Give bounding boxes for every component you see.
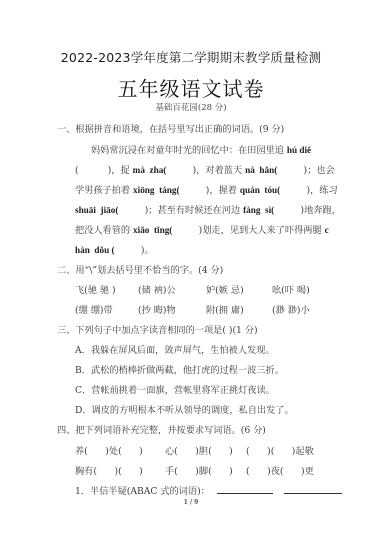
q4-item: 养( )处( ) xyxy=(75,443,143,457)
q4-item: ( )( )起敬 xyxy=(246,443,314,457)
q2-item: (储 衲)公 xyxy=(138,282,176,296)
q4-item: 手( )脚( ) xyxy=(165,463,233,477)
q1-line-5: 把没人看管的 xiǎo tǐng( )划走，见到大人来了吓得两腿 c xyxy=(75,222,329,236)
q1-pinyin: hàn dǒu ( xyxy=(75,245,115,255)
answer-blank-1[interactable] xyxy=(217,484,273,494)
q1-text: 把没人看管的 xyxy=(75,225,133,236)
q3-option-a: A．我躲在屏风后面，敛声屏气，生怕被人发现。 xyxy=(75,342,275,356)
q1-text: )，握着 xyxy=(180,185,240,196)
q2-item: 飞(驰 驰 ) xyxy=(75,282,116,296)
q1-text: )；甚至有时候还在河边 xyxy=(118,205,243,216)
q4-prompt: 四、把下列词语补充完整，并按要求写词语。(6 分) xyxy=(57,422,266,436)
q1-text: )，练习 xyxy=(280,185,337,196)
q1-line-6: hàn dǒu ( )。 xyxy=(75,242,154,256)
q2-item: 附(拥 庸) xyxy=(206,302,244,316)
q2-item: 妒(嫉 忌) xyxy=(206,282,244,296)
page-number: 1 / 9 xyxy=(0,499,382,506)
q1-text: )；也会 xyxy=(277,165,334,176)
q1-text: )地奔跑， xyxy=(274,205,341,216)
q2-item: (绷 绷)带 xyxy=(75,302,113,316)
q1-pinyin: xiōng táng( xyxy=(133,185,179,195)
q1-text: ( )，捉 xyxy=(75,165,133,176)
q1-line-1: 妈妈常沉浸在对童年时光的回忆中：在田园里追 hú diě xyxy=(91,142,311,156)
q1-pinyin: quán tóu( xyxy=(240,185,280,195)
q4-sub1: 1．半信半疑(ABAC 式的词语)： xyxy=(75,483,342,497)
q3-option-b: B．武松的梢棒折做两截，他打虎的过程一波三折。 xyxy=(75,362,284,376)
exam-title: 2022-2023学年度第二学期期末教学质量检测 xyxy=(0,48,382,66)
q2-item: 吆(吓 喝) xyxy=(272,282,310,296)
q1-pinyin: shuāi jiāo( xyxy=(75,205,118,215)
q1-text: 学男孩子拍着 xyxy=(75,185,133,196)
q1-pinyin: fàng sì( xyxy=(243,205,274,215)
q2-prompt: 二、用“\”划去括号里不恰当的字。(4 分) xyxy=(57,262,223,276)
section-title: 基础百花园(28 分) xyxy=(0,101,382,113)
q3-prompt: 三、下列句子中加点字读音相同的一项是( )(1 分) xyxy=(57,322,258,336)
q2-item: (渺 渺)小 xyxy=(272,302,310,316)
answer-blank-2[interactable] xyxy=(284,484,342,494)
q1-pinyin: hú diě xyxy=(287,145,311,155)
q3-option-c: C．营帐前挑着一面旗，营帐里将军正挑灯夜读。 xyxy=(75,382,275,396)
q1-text: )，对着蓝天 xyxy=(166,165,245,176)
q1-prompt: 一、根据拼音和语境，在括号里写出正确的词语。(9 分) xyxy=(57,121,284,135)
q1-line-4: shuāi jiāo( )；甚至有时候还在河边 fàng sì( )地奔跑， xyxy=(75,202,341,216)
paper-title: 五年级语文试卷 xyxy=(0,73,382,102)
q1-pinyin: nà hǎn( xyxy=(245,165,277,175)
q1-pinyin: c xyxy=(325,225,329,235)
q4-item: ( )夜( )更 xyxy=(246,463,314,477)
q3-option-d: D．调皮的方明根本不听从领导的调度，私自出发了。 xyxy=(75,402,294,416)
q1-line-3: 学男孩子拍着 xiōng táng( )，握着 quán tóu( )，练习 xyxy=(75,182,338,196)
q1-text: )划走，见到大人来了吓得两腿 xyxy=(172,225,324,236)
q1-line-2: ( )，捉 mà zha( )，对着蓝天 nà hǎn( )；也会 xyxy=(75,162,335,176)
q2-item: (抄 晦)物 xyxy=(138,302,176,316)
q1-pinyin: xiǎo tǐng( xyxy=(133,225,172,235)
q4-item: 胸有( )( ) xyxy=(75,463,143,477)
q1-text: 妈妈常沉浸在对童年时光的回忆中：在田园里追 xyxy=(91,145,287,156)
q4-sub1-label: 1．半信半疑(ABAC 式的词语)： xyxy=(75,486,210,497)
q1-pinyin: mà zha( xyxy=(133,165,167,175)
q1-text: )。 xyxy=(115,245,154,256)
q4-item: 心( )胆( ) xyxy=(165,443,233,457)
